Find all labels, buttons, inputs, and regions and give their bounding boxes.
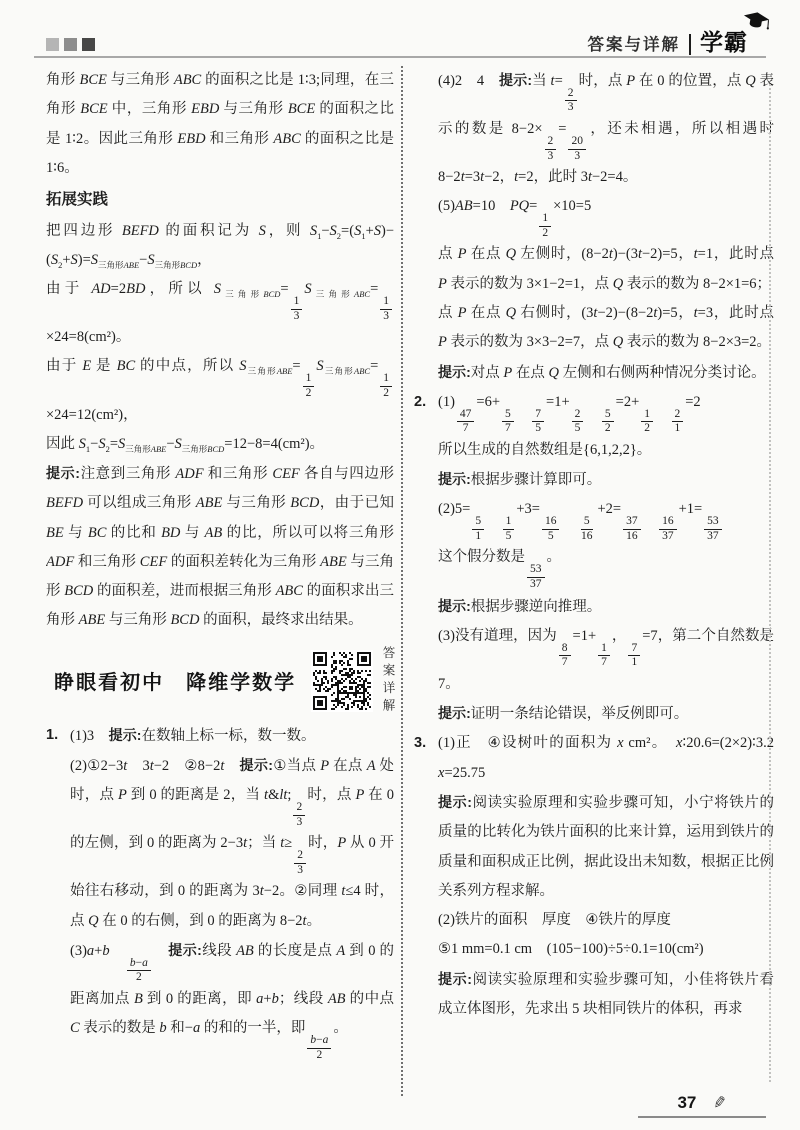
paragraph: 提示:对点 P 在点 Q 左侧和右侧两种情况分类讨论。 — [438, 358, 774, 388]
item-body: (1)3 提示:在数轴上标一标，数一数。(2)①2−3t 3t−2 ②8−2t … — [70, 721, 394, 1063]
paragraph: 提示:根据步骤计算即可。 — [438, 465, 774, 495]
paragraph: ⑤1 mm=0.1 cm (105−100)÷5÷0.1=10(cm²) — [438, 935, 774, 964]
hint-label: 提示: — [438, 598, 471, 614]
fraction: 12 — [303, 372, 315, 400]
square-medium — [64, 38, 77, 51]
paragraph: 提示:证明一条结论错误，举反例即可。 — [438, 699, 774, 729]
fraction: 23 — [293, 801, 305, 829]
header-separator — [689, 34, 691, 55]
section-banner: 睁眼看初中 降维学数学 答案详解 — [46, 646, 394, 716]
fraction: 5337 — [704, 515, 722, 543]
fraction: 3716 — [623, 515, 641, 543]
fraction: 87 — [559, 642, 571, 670]
fraction: 21 — [672, 408, 684, 436]
fraction: 52 — [602, 408, 614, 436]
textbook-answer-page: 答案与详解 学霸 角形 BCE 与三角形 ABC 的面积之比是 1∶3;同理，在… — [0, 0, 800, 1130]
fraction: 12 — [539, 212, 551, 240]
brand-name: 学霸 — [700, 29, 748, 55]
header-decoration-squares — [46, 38, 95, 51]
paragraph: 由于 E 是 BC 的中点，所以 S三角形ABE=12S三角形ABC=12×24… — [46, 352, 394, 429]
fraction: 13 — [291, 295, 303, 323]
page-edge-dotted-line — [769, 84, 771, 1082]
square-dark — [82, 38, 95, 51]
hint-label: 提示: — [109, 727, 142, 743]
paragraph: 提示:阅读实验原理和实验步骤可知，小佳将铁片看成立体图形，先求出 5 块相同铁片… — [438, 965, 774, 1025]
fraction: b−a2 — [127, 957, 151, 985]
paragraph: (1)3 提示:在数轴上标一标，数一数。 — [70, 721, 394, 751]
answer-item: 2.(1)477=6+57 75=1+25 52=2+12 21=2所以生成的自… — [414, 388, 774, 730]
paragraph: 点 P 在点 Q 右侧时，(3t−2)−(8−2t)=5，t=3，此时点 P 表… — [438, 299, 774, 358]
answer-item: (4)2 4 提示:当 t=23时，点 P 在 0 的位置，点 Q 表示的数是 … — [414, 66, 774, 388]
square-light — [46, 38, 59, 51]
paragraph: (5)AB=10 PQ=12×10=5 — [438, 192, 774, 240]
section-subhead: 拓展实践 — [46, 185, 394, 214]
fraction: 71 — [628, 642, 640, 670]
hint-label: 提示: — [438, 794, 472, 810]
fraction: 1637 — [659, 515, 677, 543]
item-body: (4)2 4 提示:当 t=23时，点 P 在 0 的位置，点 Q 表示的数是 … — [438, 66, 774, 388]
paragraph: (3)没有道理，因为87=1+17，71=7，第二个自然数是 7。 — [438, 622, 774, 699]
paragraph: 把四边形 BEFD 的面积记为 S，则 S1−S2=(S1+S)−(S2+S)=… — [46, 217, 394, 276]
hint-label: 提示: — [168, 942, 202, 958]
fraction: 165 — [542, 515, 560, 543]
page-footer: 37 ✎ — [638, 1093, 766, 1118]
fraction: 57 — [502, 408, 514, 436]
paragraph: 由于 AD=2BD，所以 S三角形BCD=13S三角形ABC=13×24=8(c… — [46, 275, 394, 352]
fraction: 5337 — [527, 563, 545, 591]
section-title: 睁眼看初中 降维学数学 — [46, 666, 304, 695]
item-body: (1)正 ④设树叶的面积为 x cm²。 x∶20.6=(2×2)∶3.2 x=… — [438, 729, 774, 1024]
item-number: 3. — [414, 729, 438, 1024]
item-number — [414, 66, 438, 388]
brand-logo: 学霸 — [700, 24, 758, 57]
item-number: 2. — [414, 388, 438, 730]
paragraph: 角形 BCE 与三角形 ABC 的面积之比是 1∶3;同理，在三角形 BCE 中… — [46, 66, 394, 183]
fraction: 15 — [503, 515, 515, 543]
header-title: 答案与详解 — [588, 31, 681, 57]
page-number: 37 — [677, 1093, 696, 1112]
fraction: 51 — [472, 515, 484, 543]
fraction: 203 — [568, 135, 586, 163]
hint-label: 提示: — [438, 971, 472, 987]
fraction: 477 — [457, 408, 475, 436]
fraction: 25 — [572, 408, 584, 436]
hint-label: 提示: — [499, 72, 532, 88]
fraction: 12 — [380, 372, 392, 400]
fraction: 75 — [532, 408, 544, 436]
paragraph: (1)477=6+57 75=1+25 52=2+12 21=2 — [438, 388, 774, 436]
paragraph: (3)a+b b−a2 提示:线段 AB 的长度是点 A 到 0 的距离加点 B… — [70, 936, 394, 1062]
hint-label: 提示: — [438, 364, 471, 380]
paragraph: (2)①2−3t 3t−2 ②8−2t 提示:①当点 P 在点 A 处时，点 P… — [70, 751, 394, 936]
paragraph: 提示:根据步骤逆向推理。 — [438, 592, 774, 622]
qr-code — [311, 650, 373, 712]
hint-label: 提示: — [46, 465, 80, 481]
fraction: 17 — [598, 642, 610, 670]
paragraph: 所以生成的自然数组是{6,1,2,2}。 — [438, 436, 774, 465]
paragraph: 提示:注意到三角形 ADF 和三角形 CEF 各自与四边形 BEFD 可以组成三… — [46, 459, 394, 636]
hint-label: 提示: — [240, 757, 273, 773]
right-column: (4)2 4 提示:当 t=23时，点 P 在 0 的位置，点 Q 表示的数是 … — [401, 66, 774, 1096]
fraction: 23 — [294, 849, 306, 877]
hint-label: 提示: — [438, 471, 471, 487]
fraction: 516 — [578, 515, 596, 543]
paragraph: (2)铁片的面积 厚度 ④铁片的厚度 — [438, 906, 774, 935]
paragraph: (2)5=51 15+3=165 516+2=3716 1637+1=5337 — [438, 495, 774, 543]
paragraph: 因此 S1−S2=S三角形ABE−S三角形BCD=12−8=4(cm²)。 — [46, 430, 394, 459]
fraction: 23 — [545, 135, 557, 163]
qr-caption: 答案详解 — [380, 646, 394, 716]
pencil-icon: ✎ — [712, 1092, 728, 1114]
paragraph: 点 P 在点 Q 左侧时，(8−2t)−(3t−2)=5，t=1，此时点 P 表… — [438, 240, 774, 299]
paragraph: 提示:阅读实验原理和实验步骤可知，小宁将铁片的质量的比转化为铁片面积的比来计算，… — [438, 788, 774, 906]
answer-item: 3.(1)正 ④设树叶的面积为 x cm²。 x∶20.6=(2×2)∶3.2 … — [414, 729, 774, 1024]
paragraph: 这个假分数是5337。 — [438, 543, 774, 591]
item-body: (1)477=6+57 75=1+25 52=2+12 21=2所以生成的自然数… — [438, 388, 774, 730]
left-column: 角形 BCE 与三角形 ABC 的面积之比是 1∶3;同理，在三角形 BCE 中… — [46, 66, 400, 1096]
fraction: 12 — [641, 408, 653, 436]
hint-label: 提示: — [438, 705, 471, 721]
page-header: 答案与详解 学霸 — [588, 24, 759, 57]
answer-item: 1.(1)3 提示:在数轴上标一标，数一数。(2)①2−3t 3t−2 ②8−2… — [46, 721, 394, 1063]
fraction: b−a2 — [307, 1034, 331, 1062]
item-number: 1. — [46, 721, 70, 1063]
paragraph: (4)2 4 提示:当 t=23时，点 P 在 0 的位置，点 Q 表示的数是 … — [438, 66, 774, 192]
fraction: 23 — [565, 87, 577, 115]
content-columns: 角形 BCE 与三角形 ABC 的面积之比是 1∶3;同理，在三角形 BCE 中… — [46, 66, 774, 1096]
fraction: 13 — [380, 295, 392, 323]
paragraph: (1)正 ④设树叶的面积为 x cm²。 x∶20.6=(2×2)∶3.2 x=… — [438, 729, 774, 788]
